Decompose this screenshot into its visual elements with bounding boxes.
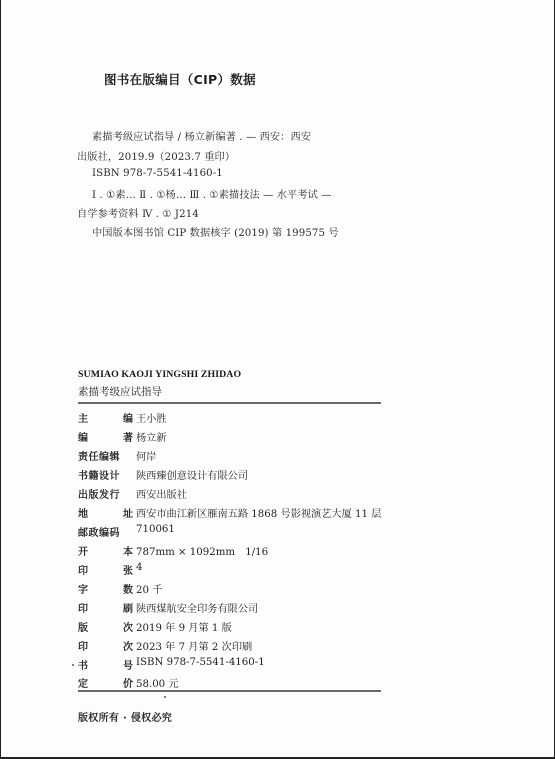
bottom-divider — [78, 690, 381, 692]
copyright-notice: 版权所有 · 侵权必究 — [78, 709, 172, 724]
cip-line-2: 出版社，2019.9（2023.7 重印） — [77, 148, 235, 163]
info-row-sheets: 印张 4 — [78, 562, 142, 577]
info-label: 编著 — [78, 429, 133, 444]
info-value: 2023 年 7 月第 2 次印刷 — [136, 638, 252, 653]
info-value: 王小胜 — [136, 410, 167, 425]
info-row-price: 定价 58.00 元 — [78, 675, 179, 690]
info-value: 20 千 — [136, 581, 162, 596]
cip-line-classification: Ⅰ . ①素… Ⅱ . ①杨… Ⅲ . ①素描技法 — 水平考试 — — [92, 186, 332, 201]
info-row-address: 地址 西安市曲江新区雁南五路 1868 号影视演艺大厦 11 层 — [78, 505, 381, 520]
info-row-publisher: 出版发行 西安出版社 — [78, 486, 187, 501]
info-value: 2019 年 9 月第 1 版 — [136, 619, 232, 634]
info-label: 印张 — [78, 562, 133, 577]
info-label: 开本 — [78, 543, 133, 558]
book-title-pinyin: SUMIAO KAOJI YINGSHI ZHIDAO — [78, 369, 241, 380]
info-value: 陕西臻创意设计有限公司 — [136, 467, 248, 482]
info-label: 印次 — [78, 638, 133, 653]
info-row-responsible-editor: 责任编辑 何岸 — [78, 448, 156, 463]
copyright-page: 图书在版编目（CIP）数据 素描考级应试指导 / 杨立新编著 . — 西安：西安… — [0, 0, 555, 759]
info-label: 印刷 — [78, 600, 133, 615]
info-value: 710061 — [136, 524, 175, 539]
info-row-chief-editor: 主编 王小胜 — [78, 410, 167, 425]
info-row-author: 编著 杨立新 — [78, 429, 167, 444]
info-value: 58.00 元 — [136, 675, 179, 690]
cip-line-1: 素描考级应试指导 / 杨立新编著 . — 西安：西安 — [92, 128, 311, 143]
cip-line-record-number: 中国版本图书馆 CIP 数据核字 (2019) 第 199575 号 — [92, 224, 339, 239]
info-label: 责任编辑 — [78, 448, 133, 463]
info-value: 西安市曲江新区雁南五路 1868 号影视演艺大厦 11 层 — [136, 505, 381, 520]
scan-speck — [72, 664, 74, 666]
info-label: 邮政编码 — [78, 524, 133, 539]
info-value: ISBN 978-7-5541-4160-1 — [136, 657, 265, 672]
info-value: 陕西煤航安全印务有限公司 — [136, 600, 258, 615]
info-label: 地址 — [78, 505, 133, 520]
info-row-isbn: 书号 ISBN 978-7-5541-4160-1 — [78, 657, 265, 672]
info-label: 书号 — [78, 657, 133, 672]
info-value: 何岸 — [136, 448, 156, 463]
info-value: 杨立新 — [136, 429, 167, 444]
info-label: 出版发行 — [78, 486, 133, 501]
info-row-printing: 印次 2023 年 7 月第 2 次印刷 — [78, 638, 252, 653]
cip-line-isbn: ISBN 978-7-5541-4160-1 — [92, 168, 223, 179]
info-label: 书籍设计 — [78, 467, 133, 482]
info-label: 定价 — [78, 675, 133, 690]
info-row-edition: 版次 2019 年 9 月第 1 版 — [78, 619, 232, 634]
info-row-word-count: 字数 20 千 — [78, 581, 162, 596]
info-row-printer: 印刷 陕西煤航安全印务有限公司 — [78, 600, 258, 615]
info-value: 西安出版社 — [136, 486, 187, 501]
info-label: 版次 — [78, 619, 133, 634]
info-row-postal-code: 邮政编码 710061 — [78, 524, 175, 539]
cip-line-classification-cont: 自学参考资料 Ⅳ . ① J214 — [77, 205, 199, 220]
cip-title: 图书在版编目（CIP）数据 — [104, 70, 256, 88]
info-value: 787mm × 1092mm 1/16 — [136, 543, 268, 558]
info-value: 4 — [136, 562, 142, 577]
info-row-format: 开本 787mm × 1092mm 1/16 — [78, 543, 268, 558]
top-divider — [78, 402, 381, 404]
info-label: 字数 — [78, 581, 133, 596]
book-title-chinese: 素描考级应试指导 — [78, 384, 162, 399]
scan-speck — [164, 696, 166, 698]
info-row-book-design: 书籍设计 陕西臻创意设计有限公司 — [78, 467, 248, 482]
info-label: 主编 — [78, 410, 133, 425]
